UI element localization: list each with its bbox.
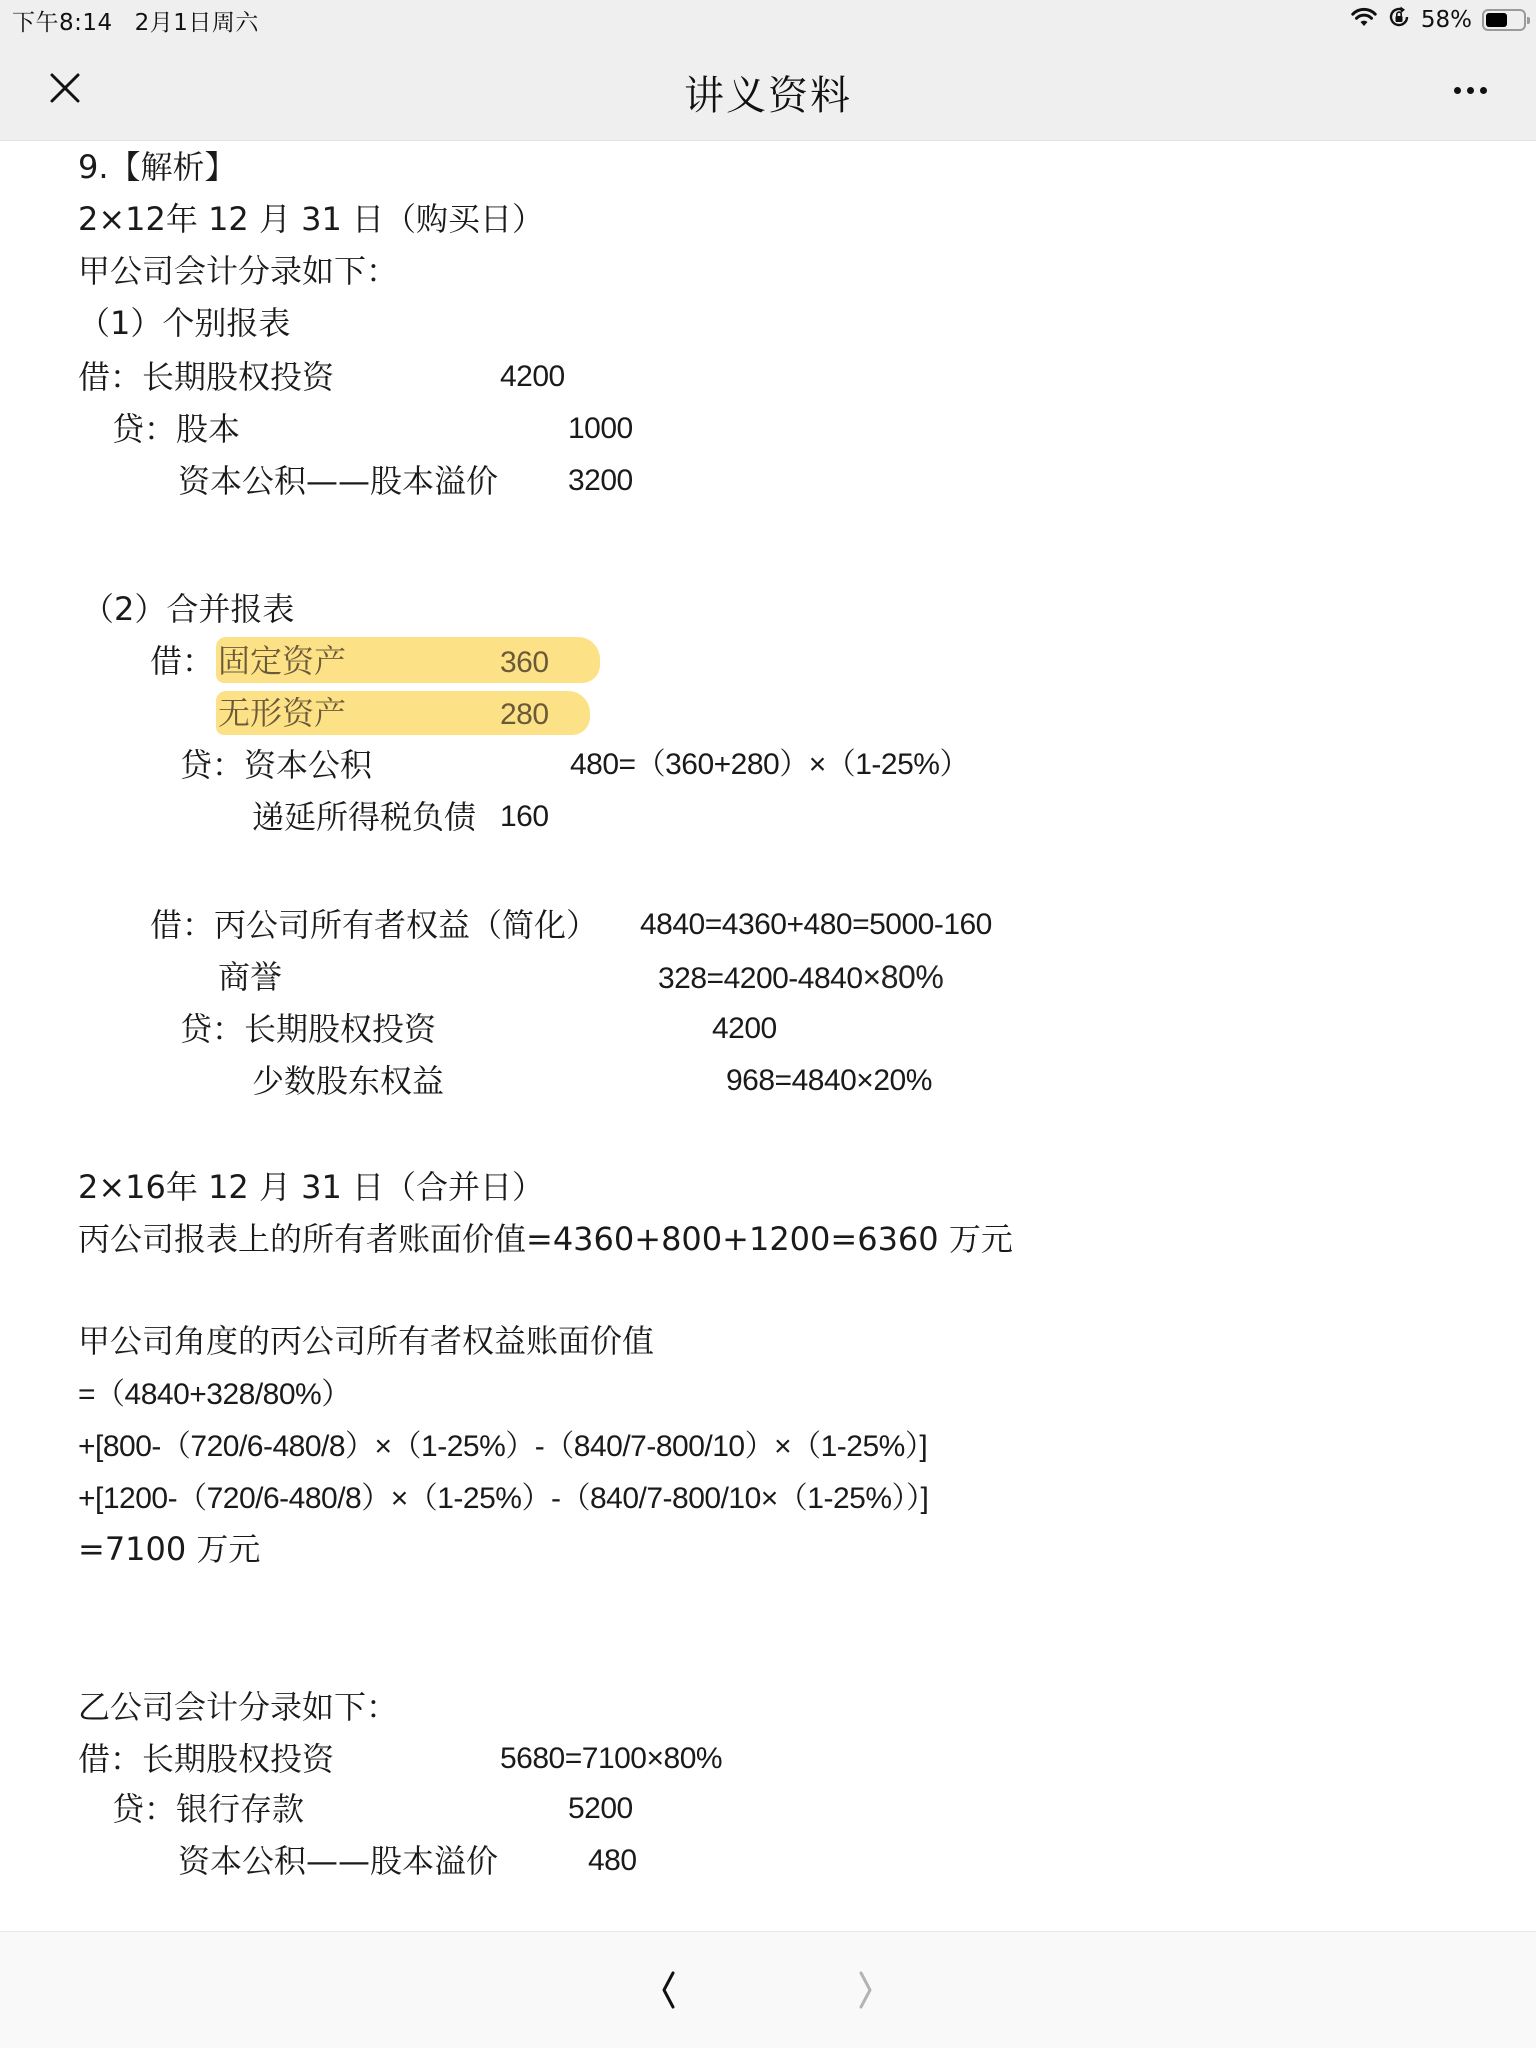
yi-credit-amount: 480 xyxy=(588,1841,637,1881)
document-page: 9.【解析】 2×12年 12 月 31 日（购买日） 甲公司会计分录如下： （… xyxy=(0,141,1536,1931)
calc-result: =7100 万元 xyxy=(78,1529,260,1569)
analysis-heading: 9.【解析】 xyxy=(78,147,237,187)
section2-debit-label: 固定资产 xyxy=(218,641,346,681)
section3-credit-label: 少数股东权益 xyxy=(252,1061,444,1101)
yi-entries-title: 乙公司会计分录如下： xyxy=(78,1687,398,1727)
section2-debit-prefix: 借： xyxy=(150,641,214,681)
page-title: 讲义资料 xyxy=(0,64,1536,121)
status-time: 下午8:14 xyxy=(12,10,113,36)
section1-title: （1）个别报表 xyxy=(78,303,290,343)
section3-debit-label: 借：丙公司所有者权益（简化） xyxy=(150,905,598,945)
yi-debit-label: 借：长期股权投资 xyxy=(78,1739,334,1779)
jia-entries-title: 甲公司会计分录如下： xyxy=(78,251,398,291)
status-left: 下午8:142月1日周六 xyxy=(12,4,259,37)
section1-debit-amount: 4200 xyxy=(500,357,565,397)
bing-book-value: 丙公司报表上的所有者账面价值=4360+800+1200=6360 万元 xyxy=(78,1219,1013,1259)
next-page-button[interactable] xyxy=(846,1972,886,2012)
section2-debit-label: 无形资产 xyxy=(218,693,346,733)
section2-debit-amount: 360 xyxy=(500,643,549,683)
yi-credit-amount: 5200 xyxy=(568,1789,633,1829)
merge-date: 2×16年 12 月 31 日（合并日） xyxy=(78,1167,544,1207)
chevron-left-icon xyxy=(658,1970,678,2014)
goodwill-formula: 328=4200-4840 xyxy=(658,962,863,995)
section1-credit-label: 贷：股本 xyxy=(112,409,240,449)
section2-credit-amount: 480=（360+280）×（1-25%） xyxy=(570,745,969,785)
calc-line: +[800-（720/6-480/8）×（1-25%）-（840/7-800/1… xyxy=(78,1427,927,1467)
section1-credit-amount: 1000 xyxy=(568,409,633,449)
section3-debit-amount: 328=4200-4840×80% xyxy=(658,957,943,999)
more-icon-dot xyxy=(1467,87,1474,94)
section2-debit-amount: 280 xyxy=(500,695,549,735)
section3-debit-amount: 4840=4360+480=5000-160 xyxy=(640,905,992,945)
section1-debit-label: 借：长期股权投资 xyxy=(78,357,334,397)
section2-credit-label: 递延所得税负债 xyxy=(252,797,476,837)
section3-credit-amount: 4200 xyxy=(712,1009,777,1049)
battery-tip xyxy=(1527,17,1530,24)
section2-credit-amount: 160 xyxy=(500,797,549,837)
section3-credit-label: 贷：长期股权投资 xyxy=(180,1009,436,1049)
battery-fill xyxy=(1486,13,1507,27)
status-bar: 下午8:142月1日周六 58% xyxy=(0,0,1536,40)
section2-credit-label: 贷：资本公积 xyxy=(180,745,372,785)
top-chrome: 下午8:142月1日周六 58% xyxy=(0,0,1536,141)
wifi-icon xyxy=(1351,6,1377,34)
yi-credit-label: 贷：银行存款 xyxy=(112,1789,304,1829)
section1-credit-label: 资本公积——股本溢价 xyxy=(178,461,498,501)
status-date: 2月1日周六 xyxy=(135,10,259,36)
goodwill-formula-tail: ×80% xyxy=(863,959,944,995)
purchase-date: 2×12年 12 月 31 日（购买日） xyxy=(78,199,544,239)
section3-credit-amount: 968=4840×20% xyxy=(726,1061,932,1101)
calc-line: +[1200-（720/6-480/8）×（1-25%）-（840/7-800/… xyxy=(78,1479,928,1519)
section2-title: （2）合并报表 xyxy=(82,589,294,629)
more-button[interactable] xyxy=(1440,70,1500,110)
yi-debit-amount: 5680=7100×80% xyxy=(500,1739,722,1779)
battery-icon xyxy=(1482,9,1526,31)
status-right: 58% xyxy=(1351,5,1526,35)
battery-percent: 58% xyxy=(1421,7,1472,33)
bottom-toolbar xyxy=(0,1931,1536,2048)
orientation-lock-icon xyxy=(1387,5,1411,35)
section1-credit-amount: 3200 xyxy=(568,461,633,501)
calc-line: =（4840+328/80%） xyxy=(78,1375,351,1415)
more-icon-dot xyxy=(1480,87,1487,94)
yi-credit-label: 资本公积——股本溢价 xyxy=(178,1841,498,1881)
jia-perspective-title: 甲公司角度的丙公司所有者权益账面价值 xyxy=(78,1321,654,1361)
more-icon-dot xyxy=(1454,87,1461,94)
section3-debit-label: 商誉 xyxy=(218,957,282,997)
chevron-right-icon xyxy=(856,1970,876,2014)
nav-bar: 讲义资料 xyxy=(0,40,1536,140)
previous-page-button[interactable] xyxy=(648,1972,688,2012)
